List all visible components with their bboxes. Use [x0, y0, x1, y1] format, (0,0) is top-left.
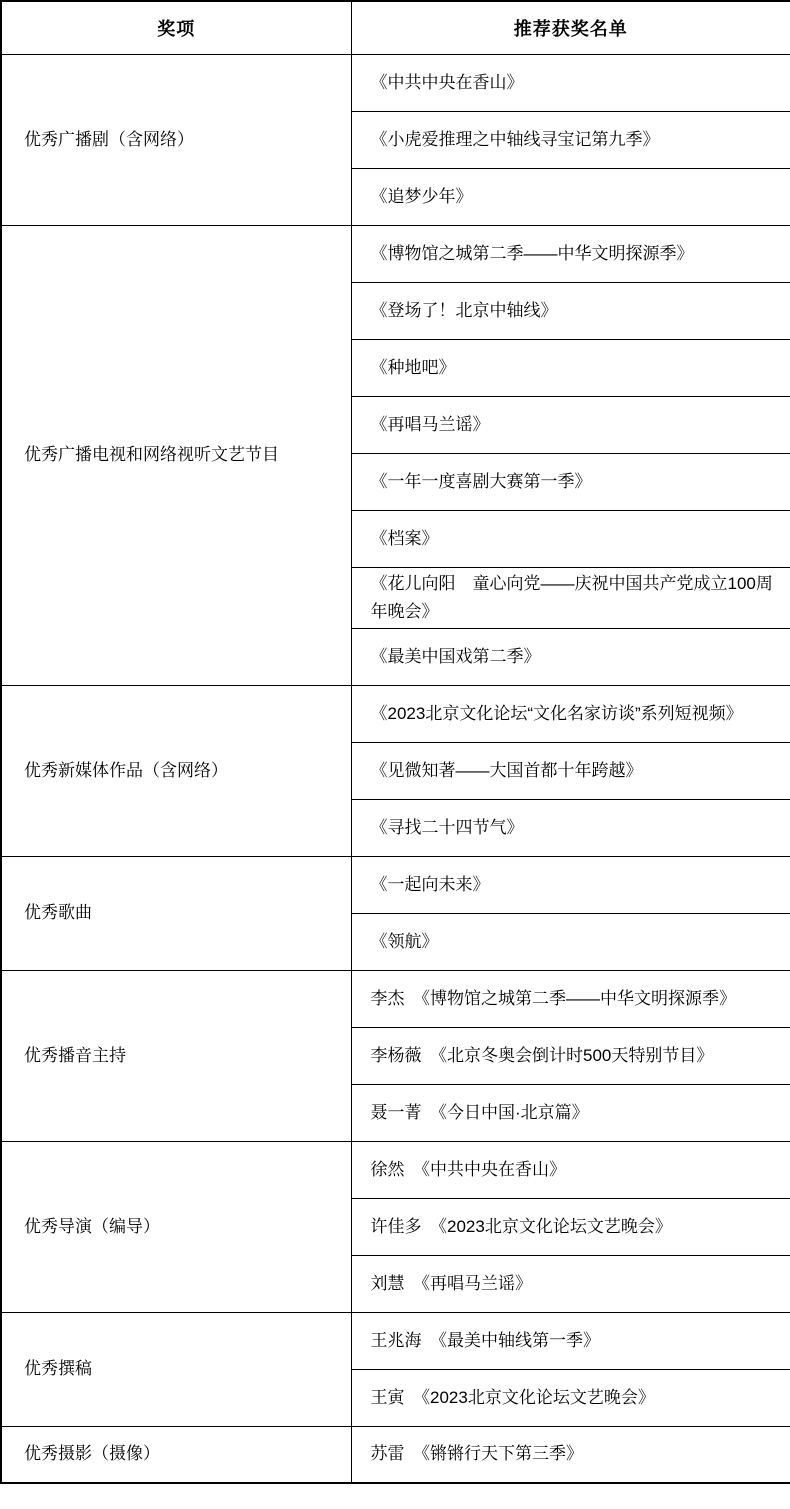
award-category-cell: 优秀导演（编导）: [1, 1141, 351, 1312]
award-entry-cell: 苏雷 《锵锵行天下第三季》: [351, 1426, 790, 1483]
award-entry-cell: 《博物馆之城第二季——中华文明探源季》: [351, 225, 790, 282]
award-entry-cell: 聂一菁 《今日中国·北京篇》: [351, 1084, 790, 1141]
table-row: 优秀广播电视和网络视听文艺节目 《博物馆之城第二季——中华文明探源季》: [1, 225, 790, 282]
award-entry-cell: 《登场了！北京中轴线》: [351, 282, 790, 339]
award-entry-cell: 李杨薇 《北京冬奥会倒计时500天特别节目》: [351, 1027, 790, 1084]
award-entry-cell: 王寅 《2023北京文化论坛文艺晚会》: [351, 1369, 790, 1426]
table-row: 优秀播音主持 李杰 《博物馆之城第二季——中华文明探源季》: [1, 970, 790, 1027]
award-entry-cell: 《再唱马兰谣》: [351, 396, 790, 453]
award-entry-cell: 《花儿向阳 童心向党——庆祝中国共产党成立100周年晚会》: [351, 567, 790, 628]
table-row: 优秀撰稿 王兆海 《最美中轴线第一季》: [1, 1312, 790, 1369]
award-category-cell: 优秀广播电视和网络视听文艺节目: [1, 225, 351, 685]
column-header-award: 奖项: [1, 1, 351, 54]
award-entry-cell: 《领航》: [351, 913, 790, 970]
award-entry-cell: 刘慧 《再唱马兰谣》: [351, 1255, 790, 1312]
award-entry-cell: 《中共中央在香山》: [351, 54, 790, 111]
award-entry-cell: 《2023北京文化论坛“文化名家访谈”系列短视频》: [351, 685, 790, 742]
table-row: 优秀导演（编导） 徐然 《中共中央在香山》: [1, 1141, 790, 1198]
table-row: 优秀摄影（摄像） 苏雷 《锵锵行天下第三季》: [1, 1426, 790, 1483]
award-entry-cell: 《最美中国戏第二季》: [351, 628, 790, 685]
award-category-cell: 优秀摄影（摄像）: [1, 1426, 351, 1483]
award-category-cell: 优秀歌曲: [1, 856, 351, 970]
award-entry-cell: 《见微知著——大国首都十年跨越》: [351, 742, 790, 799]
award-entry-cell: 《小虎爱推理之中轴线寻宝记第九季》: [351, 111, 790, 168]
award-entry-cell: 《追梦少年》: [351, 168, 790, 225]
award-category-cell: 优秀广播剧（含网络）: [1, 54, 351, 225]
awards-page: 奖项 推荐获奖名单 优秀广播剧（含网络） 《中共中央在香山》 《小虎爱推理之中轴…: [0, 0, 790, 1484]
table-row: 优秀新媒体作品（含网络） 《2023北京文化论坛“文化名家访谈”系列短视频》: [1, 685, 790, 742]
header-row: 奖项 推荐获奖名单: [1, 1, 790, 54]
table-row: 优秀广播剧（含网络） 《中共中央在香山》: [1, 54, 790, 111]
award-entry-cell: 《档案》: [351, 510, 790, 567]
award-entry-cell: 李杰 《博物馆之城第二季——中华文明探源季》: [351, 970, 790, 1027]
column-header-winner-list: 推荐获奖名单: [351, 1, 790, 54]
award-entry-cell: 许佳多 《2023北京文化论坛文艺晚会》: [351, 1198, 790, 1255]
award-entry-cell: 徐然 《中共中央在香山》: [351, 1141, 790, 1198]
award-category-cell: 优秀撰稿: [1, 1312, 351, 1426]
award-entry-cell: 《种地吧》: [351, 339, 790, 396]
award-entry-cell: 王兆海 《最美中轴线第一季》: [351, 1312, 790, 1369]
award-entry-cell: 《一起向未来》: [351, 856, 790, 913]
awards-table: 奖项 推荐获奖名单 优秀广播剧（含网络） 《中共中央在香山》 《小虎爱推理之中轴…: [0, 0, 790, 1484]
award-category-cell: 优秀新媒体作品（含网络）: [1, 685, 351, 856]
table-row: 优秀歌曲 《一起向未来》: [1, 856, 790, 913]
award-category-cell: 优秀播音主持: [1, 970, 351, 1141]
award-entry-cell: 《寻找二十四节气》: [351, 799, 790, 856]
award-entry-cell: 《一年一度喜剧大赛第一季》: [351, 453, 790, 510]
